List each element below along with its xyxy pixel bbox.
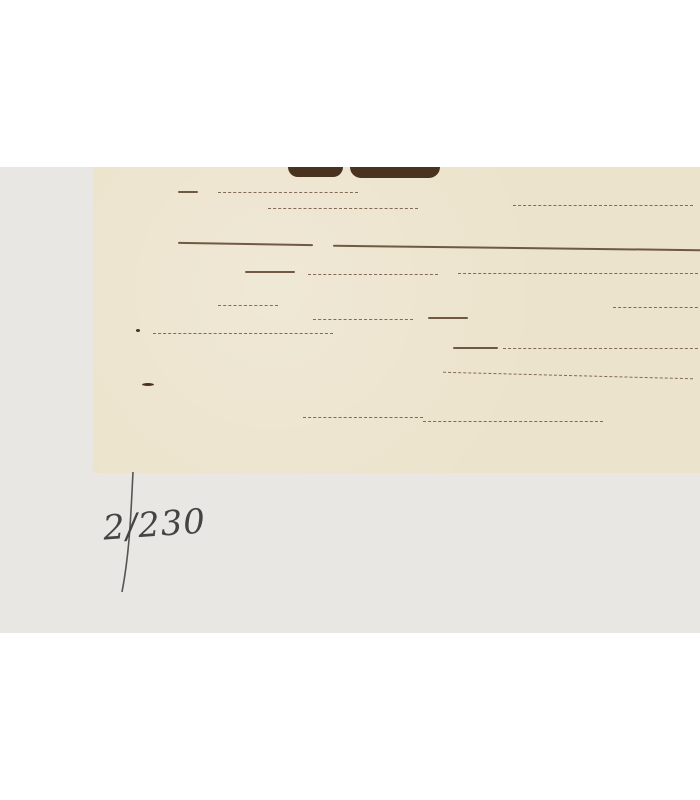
ink-line [423, 421, 603, 424]
ink-dot [142, 383, 154, 386]
edition-number: 2/230 [102, 501, 208, 548]
ink-line [443, 372, 693, 381]
ink-line [153, 333, 333, 336]
ink-line [428, 317, 468, 319]
photograph [0, 167, 700, 633]
ink-line [303, 417, 423, 420]
ink-line [178, 191, 198, 193]
dark-ink-shape-left [288, 167, 343, 177]
ink-line [313, 319, 413, 322]
ink-line [453, 347, 498, 349]
ink-line [218, 192, 358, 195]
ink-line [333, 245, 700, 252]
ink-line [308, 274, 438, 277]
dark-ink-shape-right [350, 167, 440, 178]
ink-line [245, 271, 295, 273]
ink-line [268, 208, 418, 211]
ink-line [218, 305, 278, 308]
ink-line [503, 348, 700, 351]
ink-dot [136, 329, 140, 332]
ink-line [178, 242, 313, 246]
ink-line [613, 307, 700, 310]
ink-line [458, 273, 698, 276]
etching-print-area [93, 167, 700, 473]
ink-line [513, 205, 693, 208]
